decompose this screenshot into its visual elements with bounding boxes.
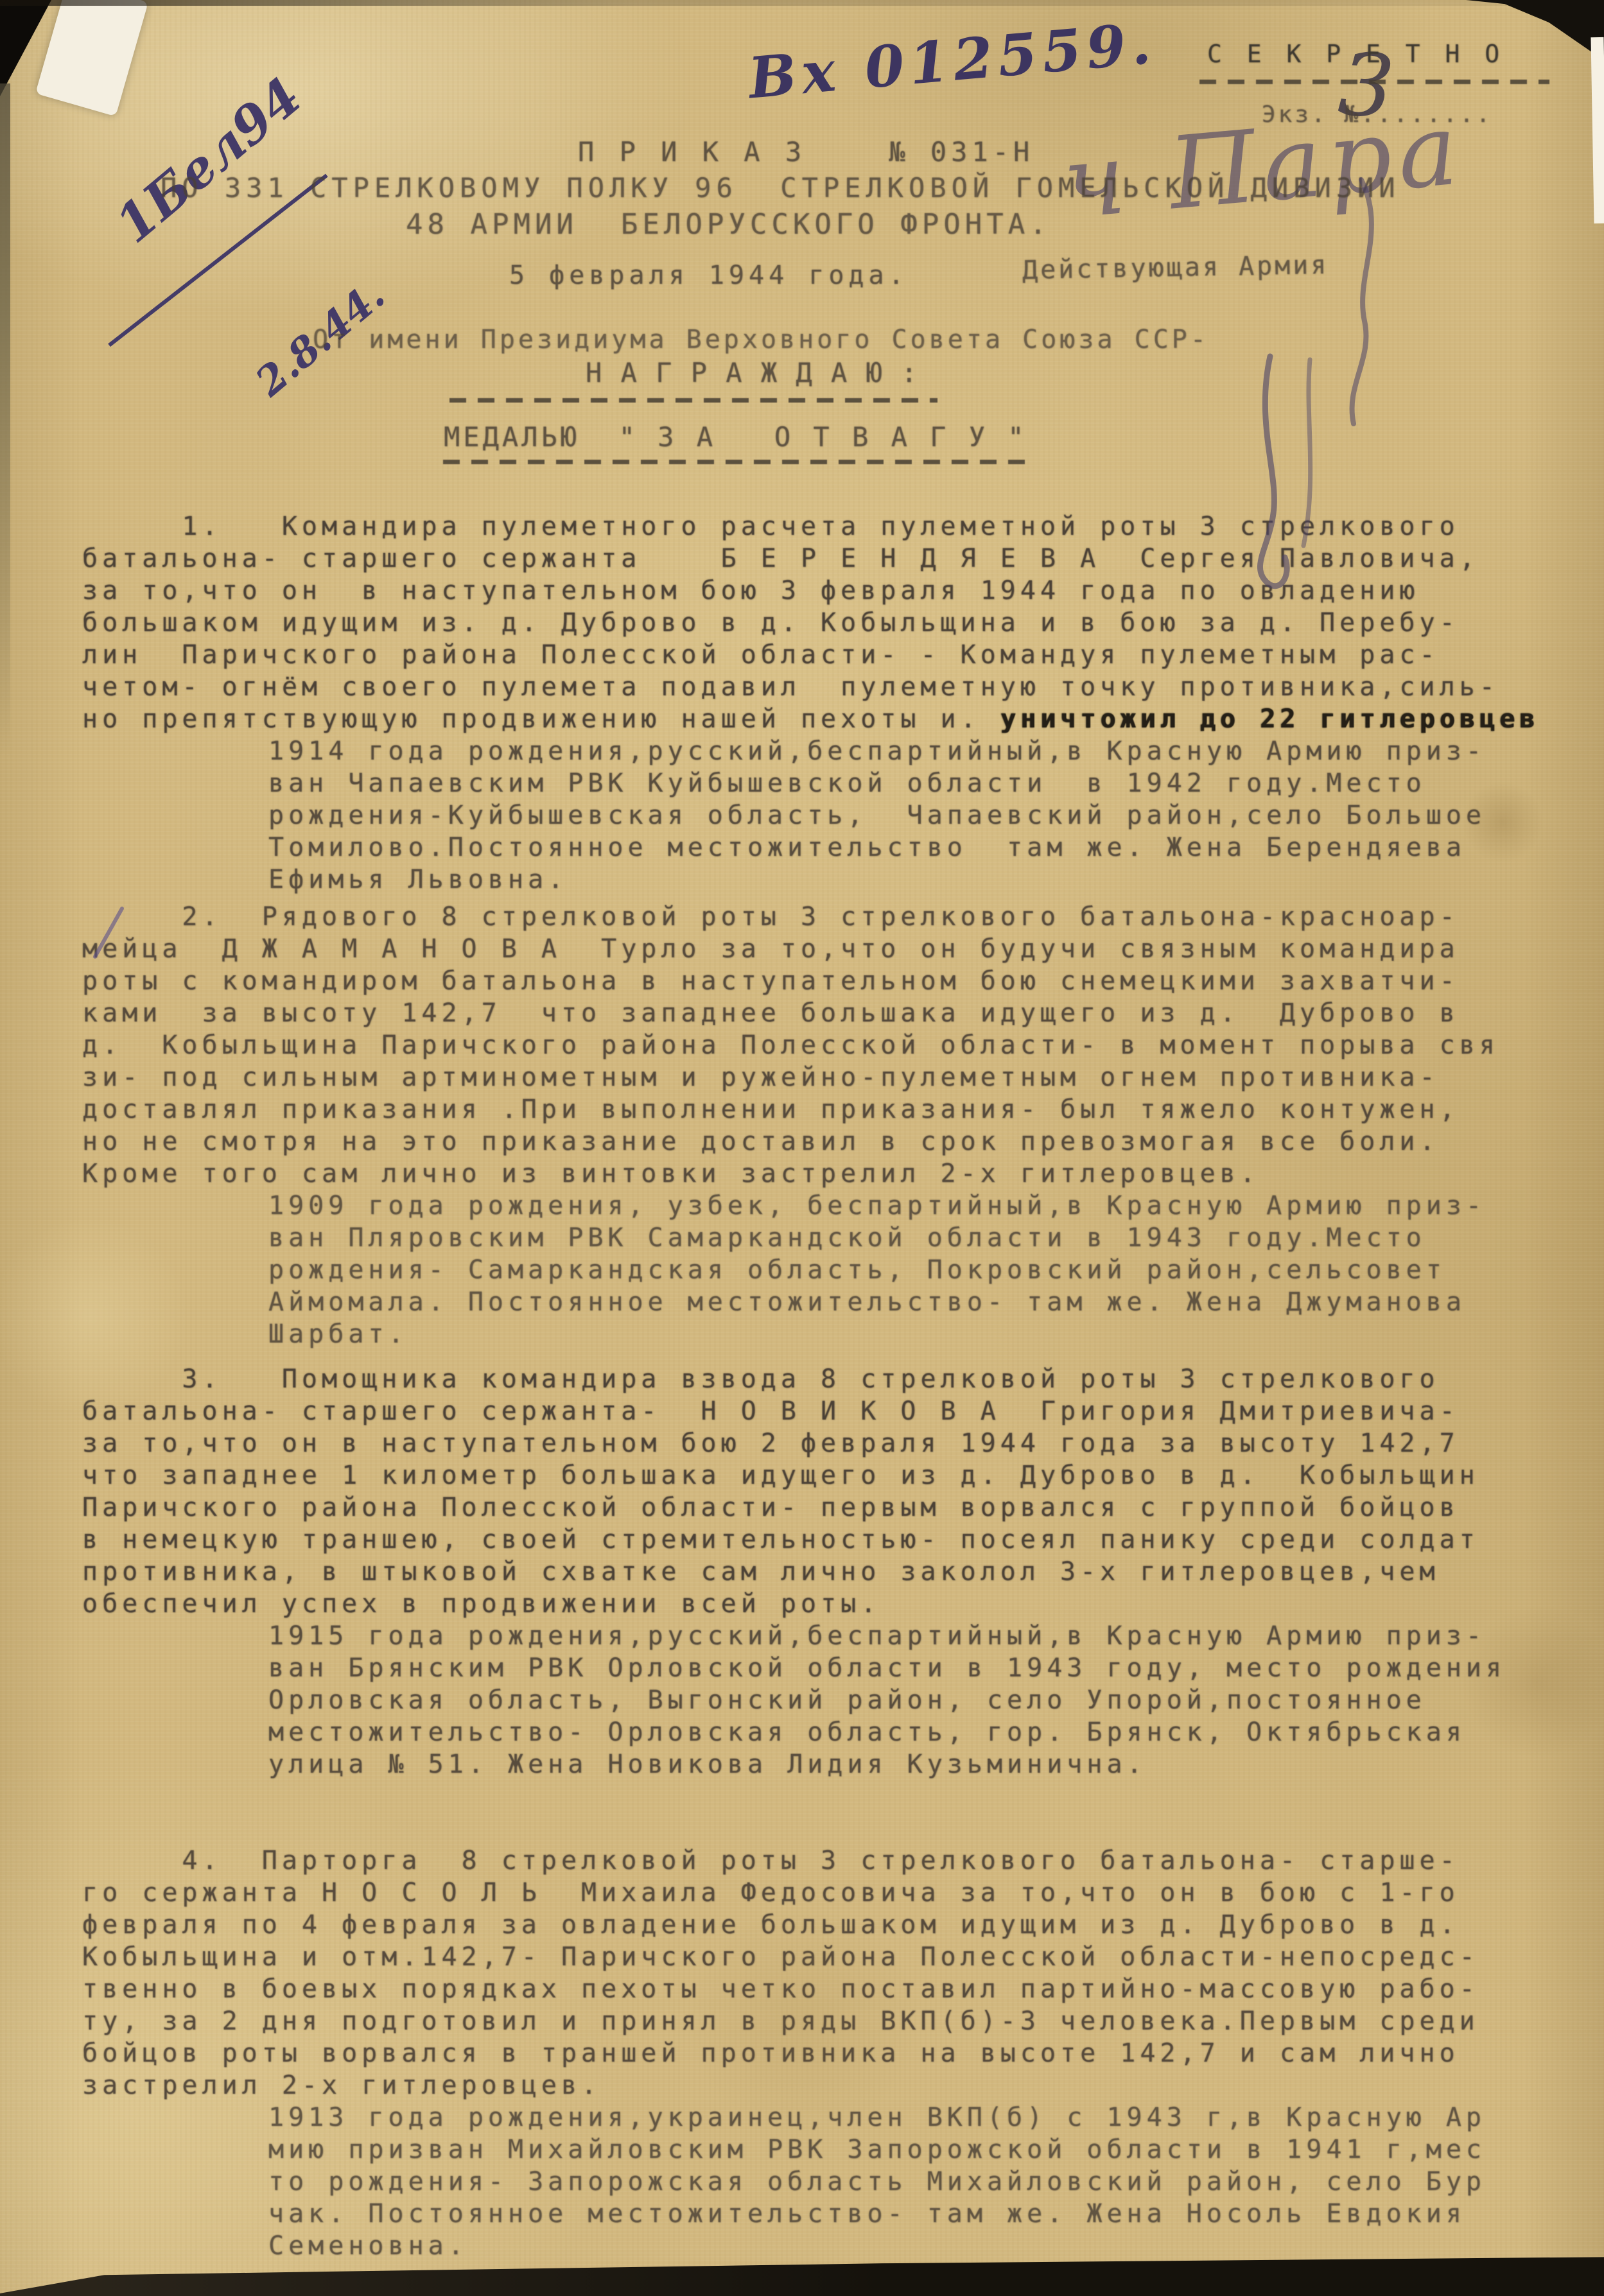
order-title: П Р И К А З № 031-Н bbox=[578, 136, 1034, 168]
order-date: 5 февраля 1944 года. bbox=[509, 261, 909, 290]
award-entry: 1. Командира пулеметного расчета пулемет… bbox=[82, 510, 1598, 896]
order-location-note: Действующая Армия bbox=[1022, 250, 1329, 285]
medal-line: МЕДАЛЬЮ " З А О Т В А Г У " bbox=[444, 421, 1027, 453]
bio-text: 1913 года рождения,украинец,член ВКП(б) … bbox=[268, 2101, 1598, 2262]
margin-note-date: 2.8.44. bbox=[249, 234, 440, 403]
copy-label: Экз. №........ bbox=[1262, 101, 1492, 128]
citation-text: 2. Рядового 8 стрелковой роты 3 стрелков… bbox=[82, 901, 1598, 1190]
bio-text: 1914 года рождения,русский,беспартийный,… bbox=[268, 735, 1598, 896]
award-underline bbox=[449, 398, 937, 403]
bio-text: 1909 года рождения, узбек, беспартийный,… bbox=[268, 1190, 1598, 1350]
scan-artifact-left-edge bbox=[0, 83, 10, 758]
scan-artifact-right-edge bbox=[1591, 37, 1604, 223]
medal-underline bbox=[443, 460, 1034, 464]
secrecy-stamp: С Е К Р Е Т Н О bbox=[1207, 40, 1504, 68]
citation-body: 1. Командира пулеметного расчета пулемет… bbox=[82, 512, 1499, 734]
award-entry: 4. Парторга 8 стрелковой роты 3 стрелков… bbox=[82, 1845, 1598, 2262]
secrecy-underline bbox=[1199, 80, 1549, 84]
citation-text: 4. Парторга 8 стрелковой роты 3 стрелков… bbox=[82, 1845, 1598, 2101]
award-entry: 2. Рядового 8 стрелковой роты 3 стрелков… bbox=[82, 901, 1598, 1350]
order-preamble: От имени Президиума Верховного Совета Со… bbox=[313, 325, 1209, 354]
scan-artifact-top-edge bbox=[0, 0, 1604, 6]
award-statement: Н А Г Р А Ж Д А Ю : bbox=[586, 357, 918, 388]
order-unit-line: ПО 331 СТРЕЛКОВОМУ ПОЛКУ 96 СТРЕЛКОВОЙ Г… bbox=[161, 172, 1400, 204]
margin-note-text: 1Бел94 bbox=[104, 66, 313, 255]
citation-text: 1. Командира пулеметного расчета пулемет… bbox=[82, 510, 1598, 735]
scanned-order-page: 1Бел94 2.8.44. Вх 012559. 3 ч Пара С Е К… bbox=[0, 0, 1604, 2296]
bio-text: 1915 года рождения,русский,беспартийный,… bbox=[268, 1620, 1598, 1780]
citation-text: 3. Помощника командира взвода 8 стрелков… bbox=[82, 1363, 1598, 1620]
award-entry: 3. Помощника командира взвода 8 стрелков… bbox=[82, 1363, 1598, 1780]
order-army-line: 48 АРМИИ БЕЛОРУССКОГО ФРОНТА. bbox=[406, 208, 1051, 241]
handwritten-incoming-number: Вх 012559. bbox=[746, 10, 1158, 112]
emphasized-phrase: уничтожил до 22 гитлеровцев bbox=[1000, 704, 1539, 734]
order-body: 1. Командира пулеметного расчета пулемет… bbox=[82, 510, 1598, 2262]
torn-paper-patch bbox=[35, 0, 148, 116]
